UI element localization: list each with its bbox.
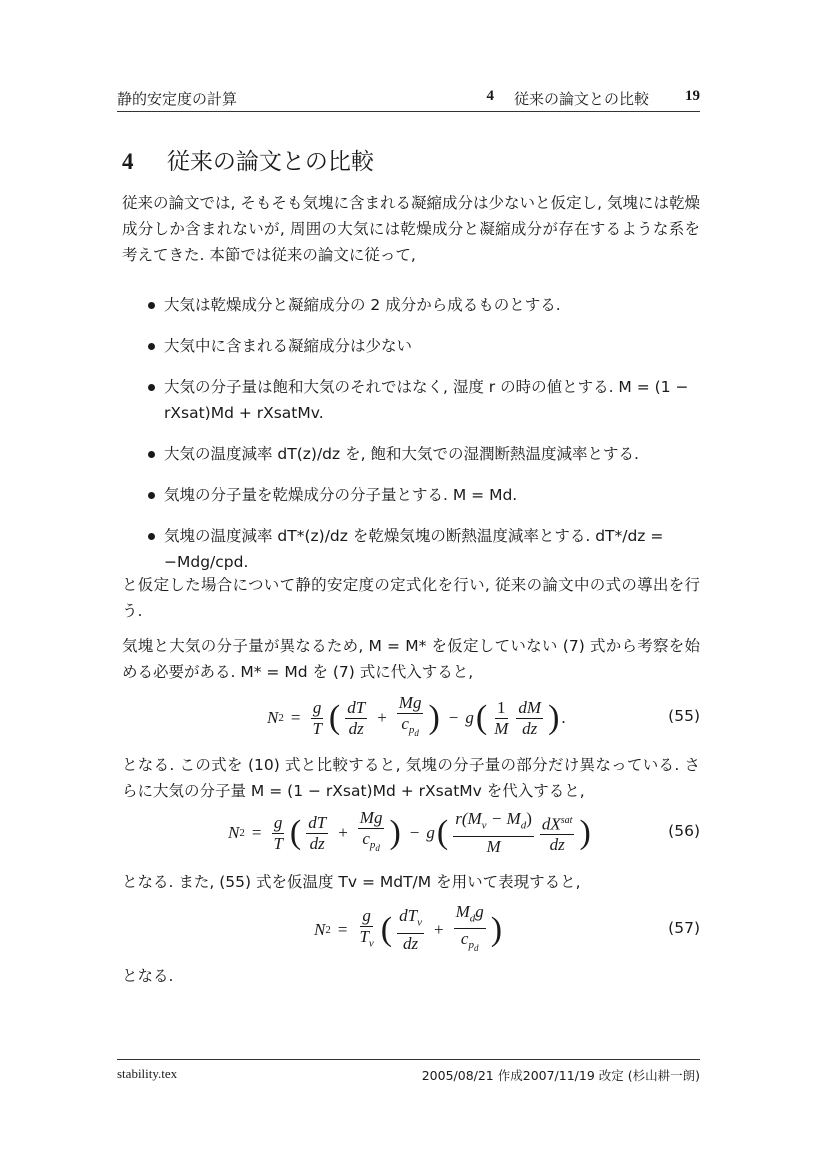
list-item-text: 大気中に含まれる凝縮成分は少ない — [164, 337, 412, 355]
equation-number: (57) — [668, 919, 700, 937]
closing-paragraph: となる. — [122, 963, 700, 989]
equation-55: N2 = gT ( dTdz + Mgcpd ) − g ( 1M dMdz )… — [122, 693, 700, 743]
equation-56: N2 = gT ( dTdz + Mgcpd ) − g ( r(Mv − Md… — [122, 808, 700, 858]
running-header: 静的安定度の計算 4 従来の論文との比較 19 — [117, 88, 700, 110]
equation-number: (56) — [668, 822, 700, 840]
section-heading: 4 従来の論文との比較 — [122, 143, 374, 176]
header-section-info: 4 従来の論文との比較 19 — [486, 88, 700, 109]
list-item-text: 気塊の温度減率 dT*(z)/dz を乾燥気塊の断熱温度減率とする. dT*/d… — [164, 527, 663, 571]
equation-number: (55) — [668, 707, 700, 725]
list-item: 大気の分子量は飽和大気のそれではなく, 湿度 r の時の値とする. M = (1… — [122, 374, 700, 426]
bullet-icon — [148, 384, 155, 391]
after-list-paragraph: と仮定した場合について静的安定度の定式化を行い, 従来の論文中の式の導出を行う. — [122, 572, 700, 624]
before-eq55-paragraph: 気塊と大気の分子量が異なるため, M = M* を仮定していない (7) 式から… — [122, 633, 700, 685]
header-section-title: 従来の論文との比較 — [514, 88, 649, 109]
before-eq57-paragraph: となる. また, (55) 式を仮温度 Tv = MdT/M を用いて表現すると… — [122, 869, 700, 895]
equation-57: N2 = gTv ( dTvdz + Mdgcpd ) (57) — [122, 905, 700, 955]
list-item-text: 大気の温度減率 dT(z)/dz を, 飽和大気での湿潤断熱温度減率とする. — [164, 445, 639, 463]
page-number: 19 — [685, 88, 700, 109]
bullet-icon — [148, 343, 155, 350]
footer-filename: stability.tex — [117, 1066, 177, 1082]
bullet-icon — [148, 533, 155, 540]
list-item: 大気は乾燥成分と凝縮成分の 2 成分から成るものとする. — [122, 292, 700, 318]
list-item-text: 大気は乾燥成分と凝縮成分の 2 成分から成るものとする. — [164, 296, 561, 314]
section-title-text: 従来の論文との比較 — [167, 149, 374, 175]
equation-body: N2 = gTv ( dTvdz + Mdgcpd ) — [314, 905, 504, 955]
list-item: 大気中に含まれる凝縮成分は少ない — [122, 333, 700, 359]
header-rule — [117, 111, 700, 112]
equation-body: N2 = gT ( dTdz + Mgcpd ) − g ( 1M dMdz )… — [267, 693, 566, 743]
footer-rule — [117, 1059, 700, 1060]
footer-dates: 2005/08/21 作成2007/11/19 改定 (杉山耕一朗) — [422, 1066, 700, 1084]
bullet-icon — [148, 451, 155, 458]
bullet-icon — [148, 492, 155, 499]
header-document-title: 静的安定度の計算 — [117, 88, 237, 109]
list-item: 大気の温度減率 dT(z)/dz を, 飽和大気での湿潤断熱温度減率とする. — [122, 441, 700, 467]
list-item: 気塊の温度減率 dT*(z)/dz を乾燥気塊の断熱温度減率とする. dT*/d… — [122, 523, 700, 575]
bullet-icon — [148, 302, 155, 309]
before-eq56-paragraph: となる. この式を (10) 式と比較すると, 気塊の分子量の部分だけ異なってい… — [122, 752, 700, 804]
assumption-list: 大気は乾燥成分と凝縮成分の 2 成分から成るものとする. 大気中に含まれる凝縮成… — [122, 292, 700, 590]
list-item-text: 気塊の分子量を乾燥成分の分子量とする. M = Md. — [164, 486, 517, 504]
equation-body: N2 = gT ( dTdz + Mgcpd ) − g ( r(Mv − Md… — [228, 808, 593, 858]
document-page: 静的安定度の計算 4 従来の論文との比較 19 4 従来の論文との比較 従来の論… — [0, 0, 826, 1169]
list-item-text: 大気の分子量は飽和大気のそれではなく, 湿度 r の時の値とする. M = (1… — [164, 378, 688, 422]
section-number: 4 — [122, 149, 134, 174]
list-item: 気塊の分子量を乾燥成分の分子量とする. M = Md. — [122, 482, 700, 508]
header-section-number: 4 — [486, 88, 494, 109]
intro-paragraph: 従来の論文では, そもそも気塊に含まれる凝縮成分は少ないと仮定し, 気塊には乾燥… — [122, 190, 700, 268]
